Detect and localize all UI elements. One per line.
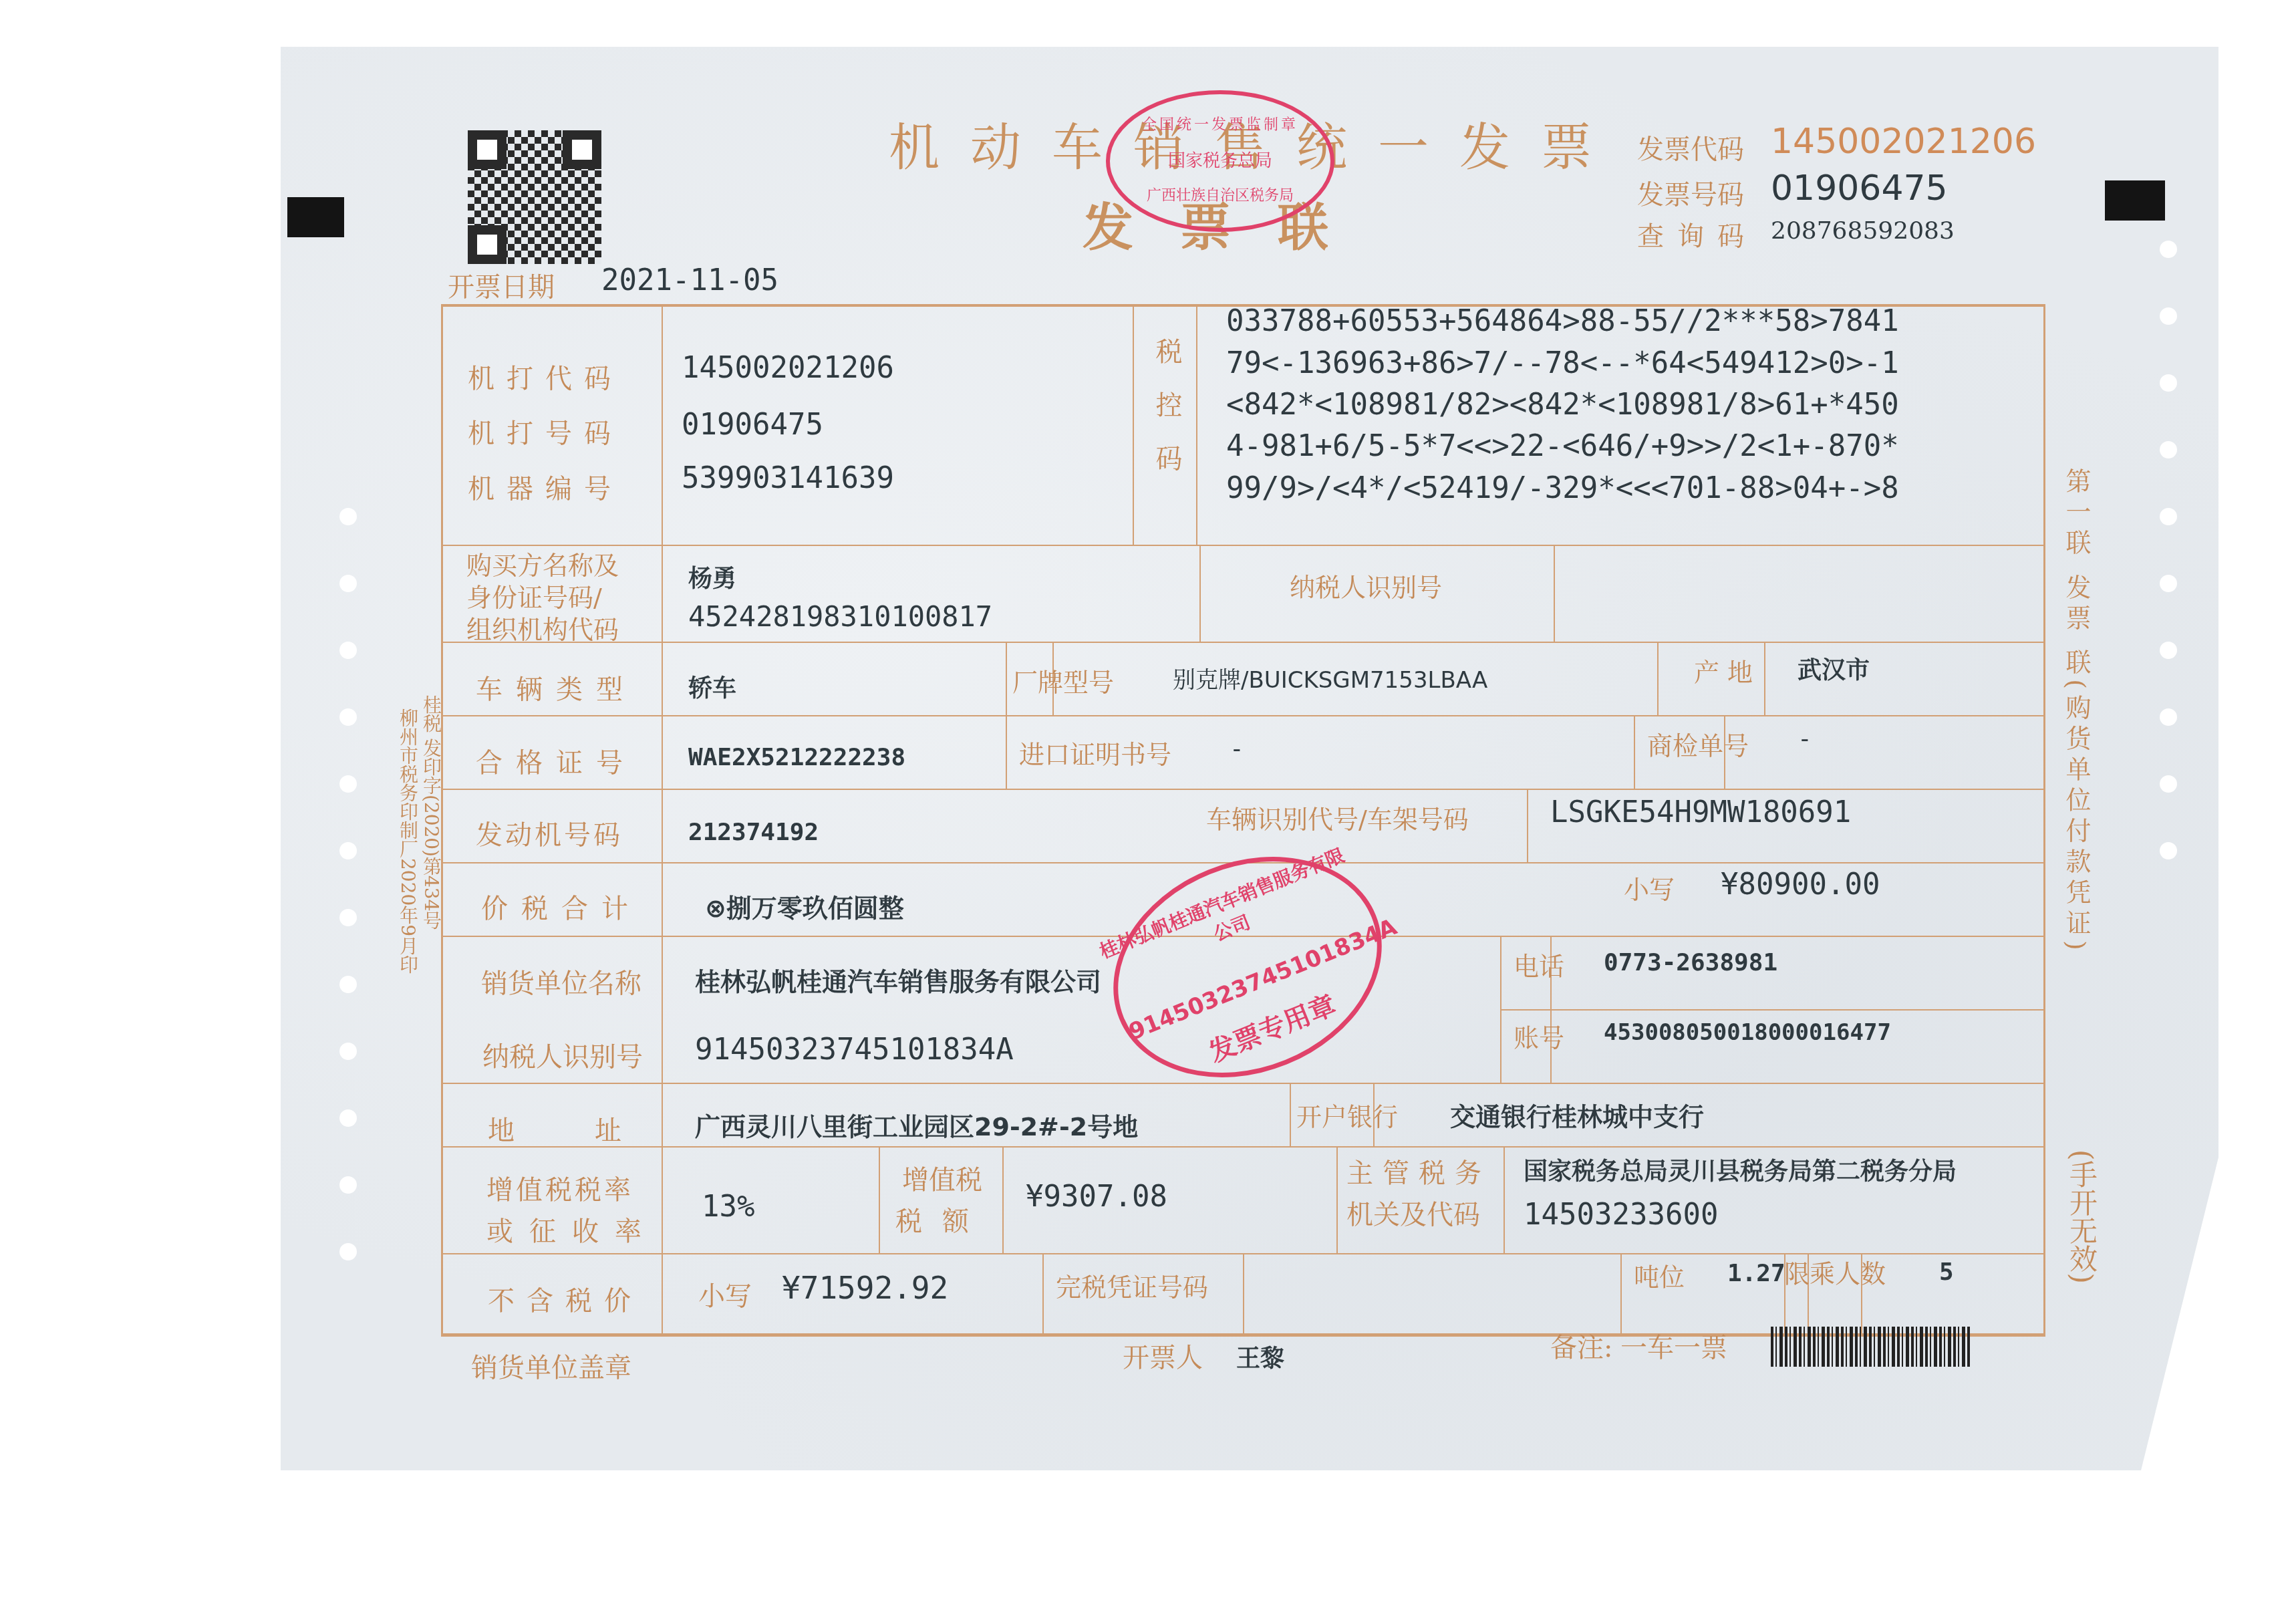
inspection-label: 商检单号 <box>1647 725 1749 762</box>
tax-authority-code: 14503233600 <box>1524 1198 1718 1232</box>
remark-text: 一车一票 <box>1620 1327 1727 1365</box>
tax-authority-label-line: 主管税务 <box>1346 1153 1491 1194</box>
tax-stamp-middle: 国家税务总局 <box>1110 147 1330 172</box>
handwritten-invalid-note: (手开无效) <box>2061 1150 2102 1310</box>
seller-account-label: 账号 <box>1514 1017 1564 1054</box>
tax-control-line: 033788+60553+564864>88-55//2***58>7841 <box>1226 304 1899 338</box>
pretax-label: 不含税价 <box>488 1280 643 1318</box>
query-code-label: 查询码 <box>1637 215 1757 253</box>
device-number-label: 机器编号 <box>468 468 623 506</box>
import-cert-label: 进口证明书号 <box>1019 734 1171 771</box>
buyer-label-line: 身份证号码/ <box>466 581 619 614</box>
origin-label: 产地 <box>1694 652 1761 688</box>
tax-rate: 13% <box>702 1190 754 1224</box>
registration-mark-left <box>287 197 344 237</box>
buyer-name: 杨勇 <box>688 560 736 594</box>
seller-seal-label: 销货单位盖章 <box>471 1347 631 1385</box>
inspection-number: - <box>1798 725 1812 753</box>
buyer-label-line: 购买方名称及 <box>466 549 619 581</box>
seller-name: 桂林弘帆桂通汽车销售服务有限公司 <box>695 961 1101 998</box>
seller-address: 广西灵川八里街工业园区29-2#-2号地 <box>695 1106 1138 1143</box>
issue-date-label: 开票日期 <box>448 266 555 304</box>
tax-amount-label-line: 税额 <box>895 1201 989 1242</box>
passengers: 5 <box>1939 1258 1954 1286</box>
tax-control-label: 税控码 <box>1148 338 1186 498</box>
tax-stamp-top: 全国统一发票监制章 <box>1110 113 1330 134</box>
issuer-label: 开票人 <box>1123 1337 1203 1375</box>
seller-phone-label: 电话 <box>1514 946 1564 982</box>
bank-label: 开户银行 <box>1296 1096 1398 1133</box>
copy-side-note: 第一联 发票 联(购货单位付款凭证) <box>2058 468 2095 956</box>
vin-label: 车辆识别代号/车架号码 <box>1206 799 1469 835</box>
brand-model: 别克牌/BUICKSGM7153LBAA <box>1173 662 1487 694</box>
invoice-code: 145002021206 <box>1771 122 2036 162</box>
remark-label: 备注: <box>1550 1327 1612 1365</box>
certificate-number: WAE2X5212222238 <box>688 744 905 771</box>
invoice-code-label: 发票代码 <box>1637 128 1744 166</box>
device-number: 539903141639 <box>682 461 894 495</box>
voucher-label: 完税凭证号码 <box>1056 1266 1208 1303</box>
buyer-label-line: 组织机构代码 <box>466 614 619 646</box>
tax-control-line: 4-981+6/5-5*7<<>22-<646/+9>>/2<1+-870* <box>1226 429 1899 463</box>
vehicle-type-label: 车辆类型 <box>476 668 636 706</box>
issuer-name: 王黎 <box>1236 1340 1284 1374</box>
invoice-number: 01906475 <box>1771 168 1948 209</box>
invoice-number-label: 发票号码 <box>1637 174 1744 212</box>
tax-control-line: 79<-136963+86>7/--78<--*64<549412>0>-1 <box>1226 346 1899 380</box>
tax-stamp-bottom: 广西壮族自治区税务局 <box>1110 184 1330 205</box>
import-cert-number: - <box>1230 735 1244 763</box>
tax-authority: 国家税务总局灵川县税务局第二税务分局 <box>1524 1153 1957 1187</box>
printer-note: 柳州市税务印制厂2020年9月印 <box>394 708 421 974</box>
registration-mark-right <box>2105 180 2165 221</box>
total-label: 价税合计 <box>481 888 641 926</box>
tonnage-label: 吨位 <box>1634 1256 1685 1293</box>
tax-amount: ¥9307.08 <box>1026 1180 1167 1214</box>
seller-taxpayer-id: 91450323745101834A <box>695 1033 1014 1067</box>
seller-account: 453008050018000016477 <box>1604 1019 1891 1046</box>
tax-authority-label: 主管税务 机关及代码 <box>1346 1153 1491 1236</box>
vin: LSGKE54H9MW180691 <box>1550 795 1851 829</box>
total-small: ¥80900.00 <box>1721 867 1880 902</box>
engine-number: 212374192 <box>688 819 819 846</box>
total-uppercase: ⊗捌万零玖佰圆整 <box>705 888 904 924</box>
passengers-label: 限乘人数 <box>1784 1253 1886 1290</box>
tax-amount-label: 增值税 税额 <box>895 1160 989 1242</box>
buyer-taxpayer-id-label: 纳税人识别号 <box>1290 567 1442 603</box>
qr-code-icon <box>468 130 601 264</box>
vehicle-type: 轿车 <box>688 670 736 704</box>
buyer-id: 452428198310100817 <box>688 600 992 633</box>
seller-phone: 0773-2638981 <box>1604 949 1777 976</box>
buyer-label: 购买方名称及 身份证号码/ 组织机构代码 <box>466 549 619 646</box>
tax-rate-label: 增值税税率 或征收率 <box>486 1170 658 1252</box>
tax-bureau-stamp: 全国统一发票监制章 国家税务总局 广西壮族自治区税务局 <box>1106 90 1334 232</box>
certificate-label: 合格证号 <box>476 742 636 780</box>
issue-date: 2021-11-05 <box>601 263 778 297</box>
query-code: 208768592083 <box>1771 217 1955 245</box>
pretax-amount: ¥71592.92 <box>782 1270 948 1306</box>
engine-label: 发动机号码 <box>476 814 623 852</box>
seller-name-label: 销货单位名称 <box>481 962 641 1000</box>
barcode-icon <box>1771 1327 1971 1367</box>
machine-number-label: 机打号码 <box>468 412 623 450</box>
tax-amount-label-line: 增值税 <box>895 1160 989 1201</box>
tax-control-line: 99/9>/<4*/<52419/-329*<<<701-88>04+->8 <box>1226 471 1899 505</box>
origin: 武汉市 <box>1798 652 1870 686</box>
machine-number: 01906475 <box>682 408 823 442</box>
tax-authority-label-line: 机关及代码 <box>1346 1194 1491 1236</box>
total-small-label: 小写 <box>1624 869 1675 906</box>
print-permit-note: 桂税 发印字(2020)第434号 <box>418 695 444 930</box>
tax-rate-label-line: 或征收率 <box>486 1211 658 1252</box>
tax-rate-label-line: 增值税税率 <box>486 1170 658 1211</box>
pretax-small-label: 小写 <box>698 1275 752 1313</box>
machine-code-label: 机打代码 <box>468 358 623 396</box>
tonnage: 1.27 <box>1727 1260 1785 1287</box>
seller-address-label: 地址 <box>488 1109 702 1148</box>
seller-taxpayer-id-label: 纳税人识别号 <box>482 1036 643 1074</box>
bank-name: 交通银行桂林城中支行 <box>1450 1096 1704 1133</box>
machine-code: 145002021206 <box>682 351 894 385</box>
brand-label: 厂牌型号 <box>1012 662 1114 698</box>
tax-control-line: <842*<108981/82><842*<108981/8>61+*450 <box>1226 388 1899 422</box>
